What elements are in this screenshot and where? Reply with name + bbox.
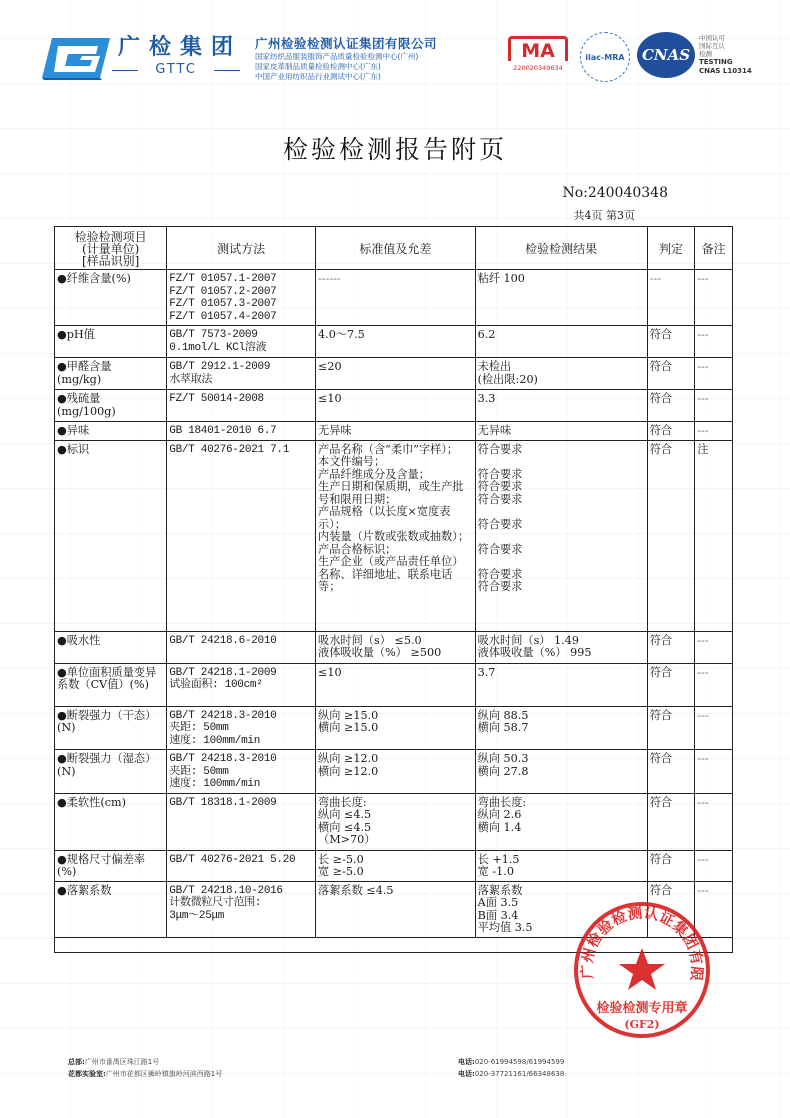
result-cell: 长 +1.5 宽 -1.0: [475, 850, 647, 881]
table-row: ●甲醛含量 (mg/kg)GB/T 2912.1-2009 水萃取法≤20未检出…: [55, 358, 733, 390]
item-cell: ●吸水性: [55, 631, 167, 663]
standard-cell: ≤10: [316, 390, 476, 422]
item-cell: ●残硫量 (mg/100g): [55, 390, 167, 422]
standard-cell: 纵向 ≥12.0 横向 ≥12.0: [316, 750, 476, 794]
standard-cell: 落絮系数 ≤4.5: [316, 881, 476, 937]
hq-address: 广州市番禺区珠江路1号: [85, 1058, 159, 1066]
table-row: ●异味GB 18401-2010 6.7无异味无异味符合---: [55, 422, 733, 441]
method-cell: FZ/T 01057.1-2007 FZ/T 01057.2-2007 FZ/T…: [167, 270, 316, 326]
table-row: ●吸水性GB/T 24218.6-2010吸水时间（s） ≤5.0 液体吸收量（…: [55, 631, 733, 663]
table-row: ●落絮系数GB/T 24218.10-2016 计数微粒尺寸范围: 3μm～25…: [55, 881, 733, 937]
remark-cell: ---: [695, 750, 733, 794]
cma-certification-logo: MA 220020349634: [508, 36, 568, 78]
table-row: ●规格尺寸偏差率(%)GB/T 40276-2021 5.20长 ≥-5.0 宽…: [55, 850, 733, 881]
company-sub-2: 国家皮革制品质量检验检测中心(广东): [255, 62, 437, 72]
method-cell: GB/T 24218.6-2010: [167, 631, 316, 663]
company-sub-1: 国家纺织品服装服饰产品质量检验检测中心(广州): [255, 52, 437, 62]
verdict-cell: 符合: [647, 663, 695, 706]
cnas-accreditation-text: 中国认可 国际互认 检测 TESTING CNAS L10314: [699, 34, 752, 76]
verdict-cell: 符合: [647, 358, 695, 390]
result-cell: 符合要求 符合要求 符合要求 符合要求 符合要求 符合要求 符合要求 符合要求: [475, 440, 647, 631]
standard-cell: 长 ≥-5.0 宽 ≥-5.0: [316, 850, 476, 881]
method-cell: GB/T 18318.1-2009: [167, 793, 316, 850]
standard-cell: 产品名称（含“柔巾”字样）； 本文件编号； 产品纤维成分及含量； 生产日期和保质…: [316, 440, 476, 631]
remark-cell: ---: [695, 850, 733, 881]
verdict-cell: 符合: [647, 881, 695, 937]
star-icon: [619, 948, 665, 990]
item-cell: ●柔软性(cm): [55, 793, 167, 850]
result-cell: 未检出 (检出限:20): [475, 358, 647, 390]
method-cell: GB/T 7573-2009 0.1mol/L KCl溶液: [167, 326, 316, 358]
method-cell: GB/T 40276-2021 7.1: [167, 440, 316, 631]
verdict-cell: 符合: [647, 422, 695, 441]
verdict-cell: ---: [647, 270, 695, 326]
method-cell: GB 18401-2010 6.7: [167, 422, 316, 441]
item-cell: ●断裂强力（干态）(N): [55, 706, 167, 750]
verdict-cell: 符合: [647, 326, 695, 358]
verdict-cell: 符合: [647, 706, 695, 750]
hq-label: 总部:: [68, 1058, 85, 1066]
cnas-number: CNAS L10314: [699, 67, 752, 76]
item-cell: ●落絮系数: [55, 881, 167, 937]
table-empty-row: [55, 937, 733, 952]
cnas-cn-2: 国际互认: [699, 42, 752, 50]
remark-cell: ---: [695, 326, 733, 358]
table-row: ●柔软性(cm)GB/T 18318.1-2009弯曲长度: 纵向 ≤4.5 横…: [55, 793, 733, 850]
table-row: ●pH值GB/T 7573-2009 0.1mol/L KCl溶液4.0～7.5…: [55, 326, 733, 358]
item-cell: ●单位面积质量变异系数（CV值）(%): [55, 663, 167, 706]
result-cell: 粘纤 100: [475, 270, 647, 326]
table-row: ●标识GB/T 40276-2021 7.1产品名称（含“柔巾”字样）； 本文件…: [55, 440, 733, 631]
company-name: 广州检验检测认证集团有限公司: [255, 34, 437, 52]
header-item: 检验检测项目 (计量单位) [样品识别]: [55, 227, 167, 270]
item-cell: ●pH值: [55, 326, 167, 358]
remark-cell: 注: [695, 440, 733, 631]
footer-hq: 总部:广州市番禺区珠江路1号: [68, 1057, 159, 1067]
phone-label-1: 电话:: [458, 1058, 475, 1066]
page-info: 共4页 第3页: [574, 207, 636, 223]
header-remark: 备注: [695, 227, 733, 270]
item-cell: ●标识: [55, 440, 167, 631]
standard-cell: ≤10: [316, 663, 476, 706]
cnas-cn-3: 检测: [699, 50, 752, 58]
method-cell: GB/T 24218.3-2010 夹距: 50mm 速度: 100mm/min: [167, 750, 316, 794]
result-cell: 无异味: [475, 422, 647, 441]
remark-cell: ---: [695, 358, 733, 390]
ilac-mra-logo: ilac-MRA: [580, 32, 630, 82]
hq-phone: 020-61994598/61994599: [475, 1058, 565, 1066]
remark-cell: ---: [695, 422, 733, 441]
verdict-cell: 符合: [647, 440, 695, 631]
table-header-row: 检验检测项目 (计量单位) [样品识别] 测试方法 标准值及允差 检验检测结果 …: [55, 227, 733, 270]
method-cell: GB/T 24218.3-2010 夹距: 50mm 速度: 100mm/min: [167, 706, 316, 750]
header-standard: 标准值及允差: [316, 227, 476, 270]
remark-cell: ---: [695, 270, 733, 326]
result-cell: 吸水时间（s） 1.49 液体吸收量（%） 995: [475, 631, 647, 663]
standard-cell: 4.0～7.5: [316, 326, 476, 358]
lab-phone: 020-37721161/66348638: [475, 1070, 565, 1078]
cma-number: 220020349634: [508, 64, 568, 72]
remark-cell: ---: [695, 390, 733, 422]
header-verdict: 判定: [647, 227, 695, 270]
lab-address: 广州市花都区狮岭镇旗岭河滨西路1号: [106, 1070, 222, 1078]
company-sub-3: 中国产业用纺织品行业测试中心(广东): [255, 72, 437, 82]
item-cell: ●异味: [55, 422, 167, 441]
method-cell: GB/T 40276-2021 5.20: [167, 850, 316, 881]
standard-cell: ≤20: [316, 358, 476, 390]
method-cell: GB/T 24218.10-2016 计数微粒尺寸范围: 3μm～25μm: [167, 881, 316, 937]
remark-cell: ---: [695, 631, 733, 663]
result-cell: 3.7: [475, 663, 647, 706]
result-cell: 3.3: [475, 390, 647, 422]
svg-text:(GF2): (GF2): [624, 1018, 659, 1031]
standard-cell: ------: [316, 270, 476, 326]
header-result: 检验检测结果: [475, 227, 647, 270]
company-block: 广州检验检测认证集团有限公司 国家纺织品服装服饰产品质量检验检测中心(广州) 国…: [255, 34, 437, 82]
report-number: No:240040348: [562, 185, 668, 201]
lab-label: 花都实验室:: [68, 1070, 106, 1078]
result-cell: 落絮系数 A面 3.5 B面 3.4 平均值 3.5: [475, 881, 647, 937]
standard-cell: 无异味: [316, 422, 476, 441]
standard-cell: 弯曲长度: 纵向 ≤4.5 横向 ≤4.5 （M>70）: [316, 793, 476, 850]
result-cell: 6.2: [475, 326, 647, 358]
remark-cell: ---: [695, 663, 733, 706]
footer-hq-phone: 电话:020-61994598/61994599: [458, 1057, 564, 1067]
standard-cell: 吸水时间（s） ≤5.0 液体吸收量（%） ≥500: [316, 631, 476, 663]
table-row: ●单位面积质量变异系数（CV值）(%)GB/T 24218.1-2009 试验面…: [55, 663, 733, 706]
verdict-cell: 符合: [647, 793, 695, 850]
table-row: ●断裂强力（干态）(N)GB/T 24218.3-2010 夹距: 50mm 速…: [55, 706, 733, 750]
remark-cell: ---: [695, 793, 733, 850]
item-cell: ●规格尺寸偏差率(%): [55, 850, 167, 881]
gttc-logo-icon: [40, 36, 112, 80]
method-cell: GB/T 2912.1-2009 水萃取法: [167, 358, 316, 390]
remark-cell: ---: [695, 706, 733, 750]
table-row: ●残硫量 (mg/100g)FZ/T 50014-2008≤103.3符合---: [55, 390, 733, 422]
table-row: ●断裂强力（湿态）(N)GB/T 24218.3-2010 夹距: 50mm 速…: [55, 750, 733, 794]
verdict-cell: 符合: [647, 750, 695, 794]
verdict-cell: 符合: [647, 850, 695, 881]
footer-lab: 花都实验室:广州市花都区狮岭镇旗岭河滨西路1号: [68, 1069, 222, 1079]
cnas-cn-1: 中国认可: [699, 34, 752, 42]
item-cell: ●纤维含量(%): [55, 270, 167, 326]
header-method: 测试方法: [167, 227, 316, 270]
result-cell: 纵向 88.5 横向 58.7: [475, 706, 647, 750]
table-row: ●纤维含量(%)FZ/T 01057.1-2007 FZ/T 01057.2-2…: [55, 270, 733, 326]
empty-cell: [55, 937, 733, 952]
logo-chinese-name: 广检集团: [118, 30, 242, 61]
cnas-testing: TESTING: [699, 58, 752, 67]
footer-lab-phone: 电话:020-37721161/66348638: [458, 1069, 564, 1079]
method-cell: GB/T 24218.1-2009 试验面积: 100cm²: [167, 663, 316, 706]
logo-english-name: GTTC: [112, 62, 240, 77]
verdict-cell: 符合: [647, 390, 695, 422]
remark-cell: ---: [695, 881, 733, 937]
cnas-logo: CNAS: [637, 32, 695, 78]
cma-label: MA: [508, 36, 568, 61]
document-title: 检验检测报告附页: [0, 130, 790, 166]
verdict-cell: 符合: [647, 631, 695, 663]
item-cell: ●甲醛含量 (mg/kg): [55, 358, 167, 390]
result-cell: 纵向 50.3 横向 27.8: [475, 750, 647, 794]
item-cell: ●断裂强力（湿态）(N): [55, 750, 167, 794]
result-cell: 弯曲长度: 纵向 2.6 横向 1.4: [475, 793, 647, 850]
standard-cell: 纵向 ≥15.0 横向 ≥15.0: [316, 706, 476, 750]
method-cell: FZ/T 50014-2008: [167, 390, 316, 422]
test-results-table: 检验检测项目 (计量单位) [样品识别] 测试方法 标准值及允差 检验检测结果 …: [54, 226, 733, 953]
svg-text:检验检测专用章: 检验检测专用章: [596, 1000, 687, 1016]
phone-label-2: 电话:: [458, 1070, 475, 1078]
